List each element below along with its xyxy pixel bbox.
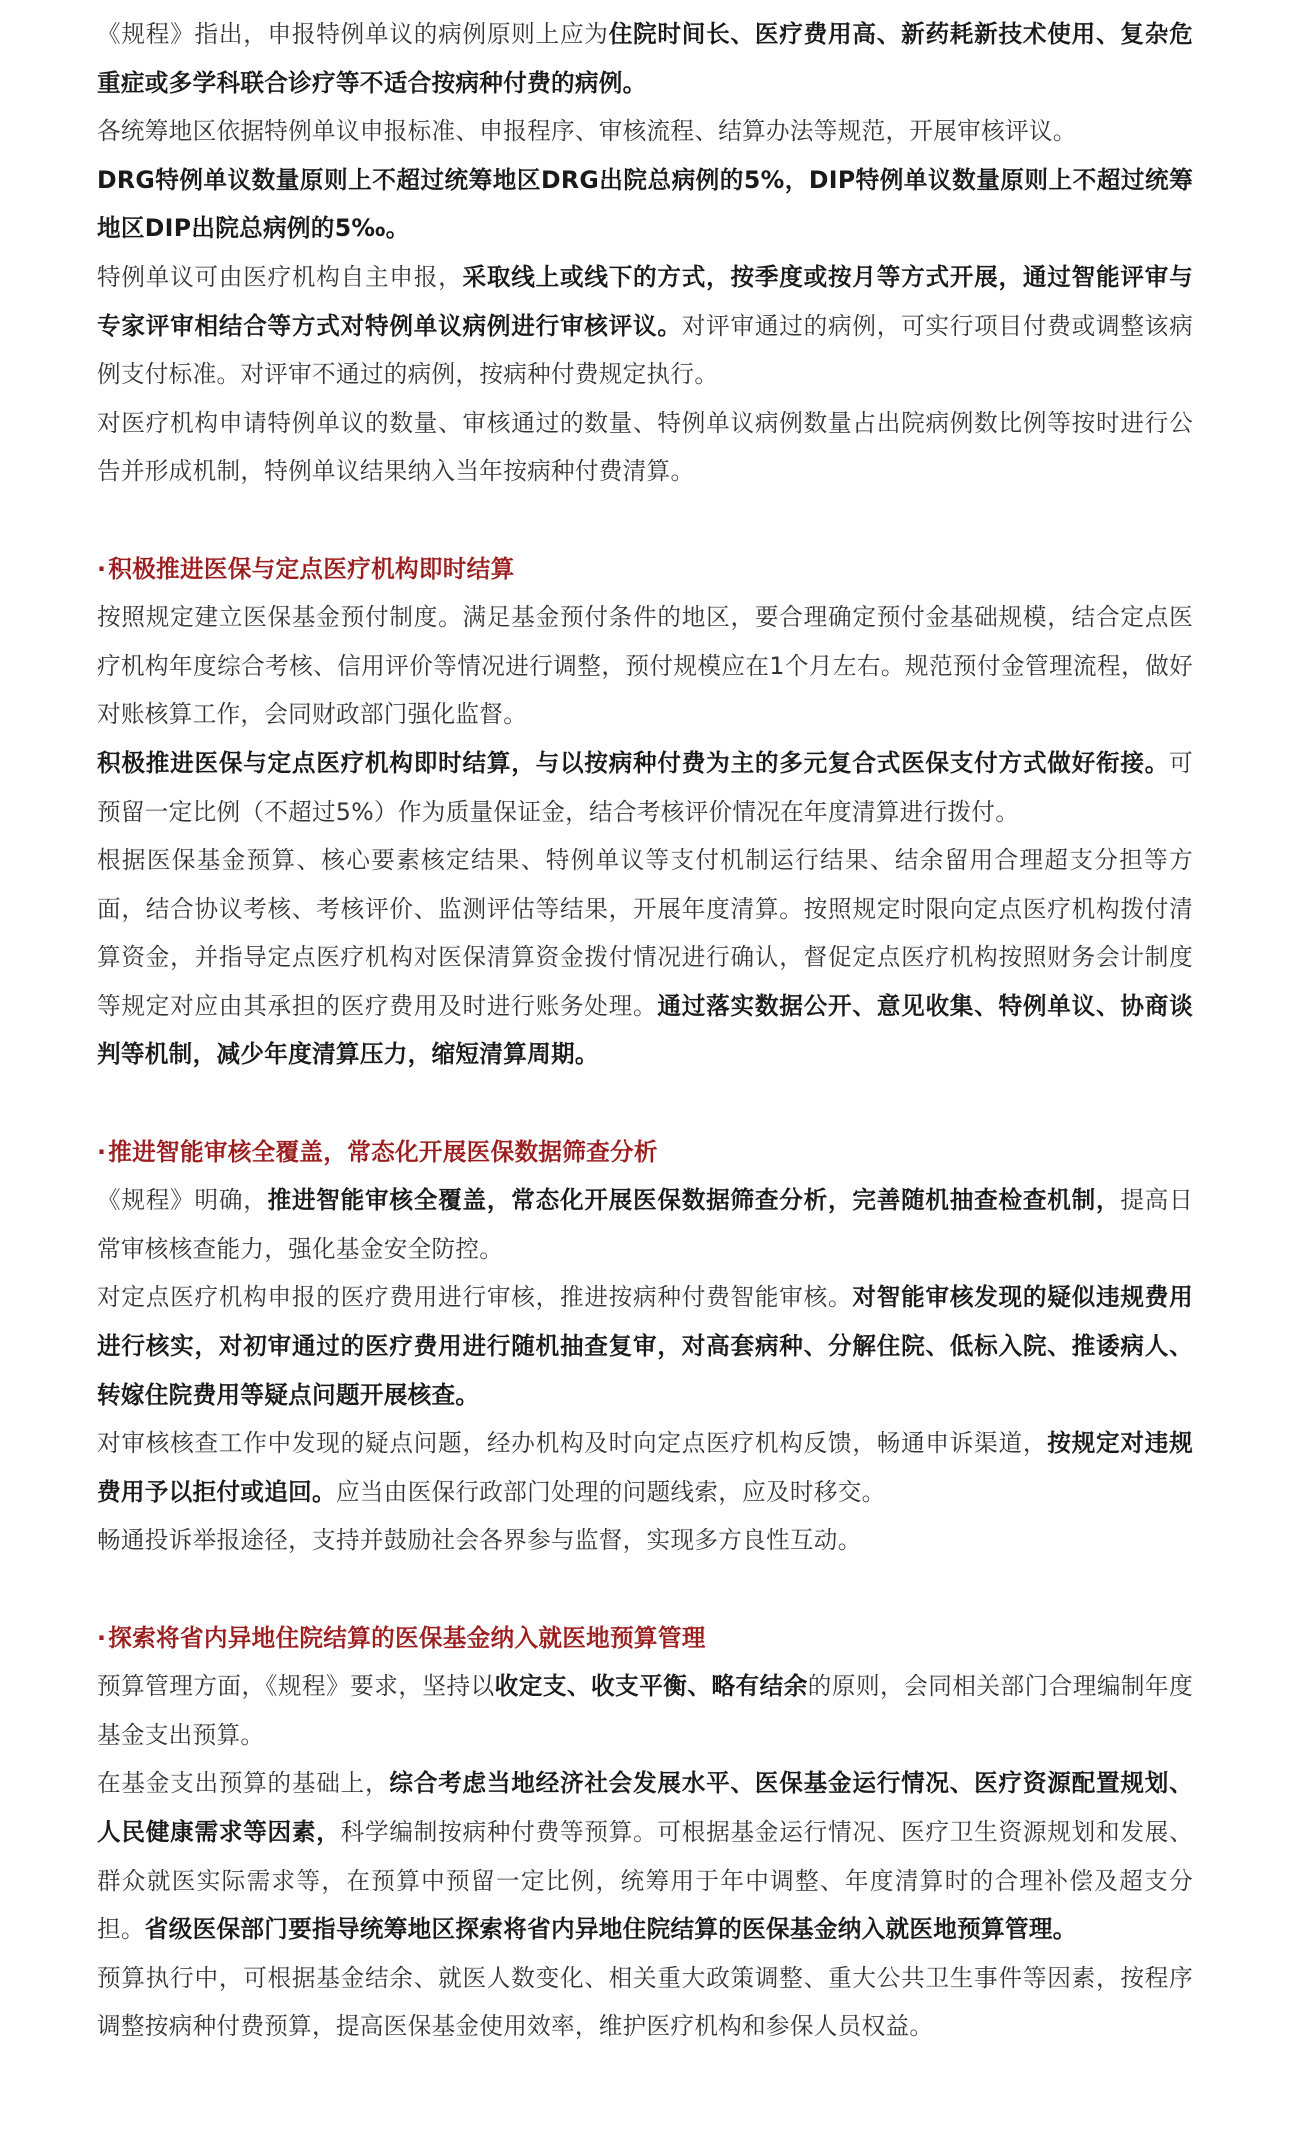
paragraph: 《规程》指出，申报特例单议的病例原则上应为住院时间长、医疗费用高、新药耗新技术使… bbox=[97, 10, 1193, 107]
body-text: 在基金支出预算的基础上， bbox=[97, 1769, 389, 1797]
paragraph: 对定点医疗机构申报的医疗费用进行审核，推进按病种付费智能审核。对智能审核发现的疑… bbox=[97, 1273, 1193, 1419]
paragraph: 积极推进医保与定点医疗机构即时结算，与以按病种付费为主的多元复合式医保支付方式做… bbox=[97, 739, 1193, 836]
emphasis-text: 推进智能审核全覆盖，常态化开展医保数据筛查分析，完善随机抽查检查机制， bbox=[268, 1186, 1121, 1214]
bullet-dot-icon: · bbox=[97, 555, 106, 583]
body-text: 对医疗机构申请特例单议的数量、审核通过的数量、特例单议病例数量占出院病例数比例等… bbox=[97, 409, 1193, 486]
paragraph: 对审核核查工作中发现的疑点问题，经办机构及时向定点医疗机构反馈，畅通申诉渠道，按… bbox=[97, 1419, 1193, 1516]
section-title: 探索将省内异地住院结算的医保基金纳入就医地预算管理 bbox=[108, 1624, 705, 1652]
body-text: 《规程》明确， bbox=[97, 1186, 268, 1214]
body-text: 畅通投诉举报途径，支持并鼓励社会各界参与监督，实现多方良性互动。 bbox=[97, 1526, 862, 1554]
emphasis-text: 积极推进医保与定点医疗机构即时结算，与以按病种付费为主的多元复合式医保支付方式做… bbox=[97, 749, 1169, 777]
paragraph: 《规程》明确，推进智能审核全覆盖，常态化开展医保数据筛查分析，完善随机抽查检查机… bbox=[97, 1176, 1193, 1273]
body-text: 《规程》指出，申报特例单议的病例原则上应为 bbox=[97, 20, 609, 48]
body-text: 预算管理方面，《规程》要求，坚持以 bbox=[97, 1672, 495, 1700]
intro-block: 《规程》指出，申报特例单议的病例原则上应为住院时间长、医疗费用高、新药耗新技术使… bbox=[97, 10, 1193, 496]
body-text: 各统筹地区依据特例单议申报标准、申报程序、审核流程、结算办法等规范，开展审核评议… bbox=[97, 117, 1077, 145]
paragraph: 各统筹地区依据特例单议申报标准、申报程序、审核流程、结算办法等规范，开展审核评议… bbox=[97, 107, 1193, 156]
section-title: 积极推进医保与定点医疗机构即时结算 bbox=[108, 555, 514, 583]
emphasis-text: 收定支、收支平衡、略有结余 bbox=[495, 1672, 808, 1700]
paragraph: 根据医保基金预算、核心要素核定结果、特例单议等支付机制运行结果、结余留用合理超支… bbox=[97, 836, 1193, 1079]
body-text: 特例单议可由医疗机构自主申报， bbox=[97, 263, 463, 291]
section-heading: ·积极推进医保与定点医疗机构即时结算 bbox=[97, 545, 1193, 594]
article-body: 《规程》指出，申报特例单议的病例原则上应为住院时间长、医疗费用高、新药耗新技术使… bbox=[0, 0, 1193, 2051]
section-title: 推进智能审核全覆盖，常态化开展医保数据筛查分析 bbox=[108, 1138, 658, 1166]
body-text: 对定点医疗机构申报的医疗费用进行审核，推进按病种付费智能审核。 bbox=[97, 1283, 852, 1311]
emphasis-text: DRG特例单议数量原则上不超过统筹地区DRG出院总病例的5%，DIP特例单议数量… bbox=[97, 166, 1193, 243]
paragraph: DRG特例单议数量原则上不超过统筹地区DRG出院总病例的5%，DIP特例单议数量… bbox=[97, 156, 1193, 253]
section: ·探索将省内异地住院结算的医保基金纳入就医地预算管理预算管理方面，《规程》要求，… bbox=[97, 1614, 1193, 2051]
sections-container: ·积极推进医保与定点医疗机构即时结算按照规定建立医保基金预付制度。满足基金预付条… bbox=[97, 545, 1193, 2051]
body-text: 对审核核查工作中发现的疑点问题，经办机构及时向定点医疗机构反馈，畅通申诉渠道， bbox=[97, 1429, 1047, 1457]
paragraph: 预算管理方面，《规程》要求，坚持以收定支、收支平衡、略有结余的原则，会同相关部门… bbox=[97, 1662, 1193, 1759]
bullet-dot-icon: · bbox=[97, 1624, 106, 1652]
section-heading: ·探索将省内异地住院结算的医保基金纳入就医地预算管理 bbox=[97, 1614, 1193, 1663]
body-text: 应当由医保行政部门处理的问题线索，应及时移交。 bbox=[336, 1478, 886, 1506]
body-text: 按照规定建立医保基金预付制度。满足基金预付条件的地区，要合理确定预付金基础规模，… bbox=[97, 603, 1193, 728]
section-heading: ·推进智能审核全覆盖，常态化开展医保数据筛查分析 bbox=[97, 1128, 1193, 1177]
paragraph: 特例单议可由医疗机构自主申报，采取线上或线下的方式，按季度或按月等方式开展，通过… bbox=[97, 253, 1193, 399]
section: ·积极推进医保与定点医疗机构即时结算按照规定建立医保基金预付制度。满足基金预付条… bbox=[97, 545, 1193, 1080]
emphasis-text: 省级医保部门要指导统筹地区探索将省内异地住院结算的医保基金纳入就医地预算管理。 bbox=[145, 1915, 1077, 1943]
paragraph: 按照规定建立医保基金预付制度。满足基金预付条件的地区，要合理确定预付金基础规模，… bbox=[97, 593, 1193, 739]
paragraph: 预算执行中，可根据基金结余、就医人数变化、相关重大政策调整、重大公共卫生事件等因… bbox=[97, 1954, 1193, 2051]
paragraph: 畅通投诉举报途径，支持并鼓励社会各界参与监督，实现多方良性互动。 bbox=[97, 1516, 1193, 1565]
paragraph: 对医疗机构申请特例单议的数量、审核通过的数量、特例单议病例数量占出院病例数比例等… bbox=[97, 399, 1193, 496]
paragraph: 在基金支出预算的基础上，综合考虑当地经济社会发展水平、医保基金运行情况、医疗资源… bbox=[97, 1759, 1193, 1953]
bullet-dot-icon: · bbox=[97, 1138, 106, 1166]
section: ·推进智能审核全覆盖，常态化开展医保数据筛查分析《规程》明确，推进智能审核全覆盖… bbox=[97, 1128, 1193, 1565]
body-text: 预算执行中，可根据基金结余、就医人数变化、相关重大政策调整、重大公共卫生事件等因… bbox=[97, 1964, 1193, 2041]
